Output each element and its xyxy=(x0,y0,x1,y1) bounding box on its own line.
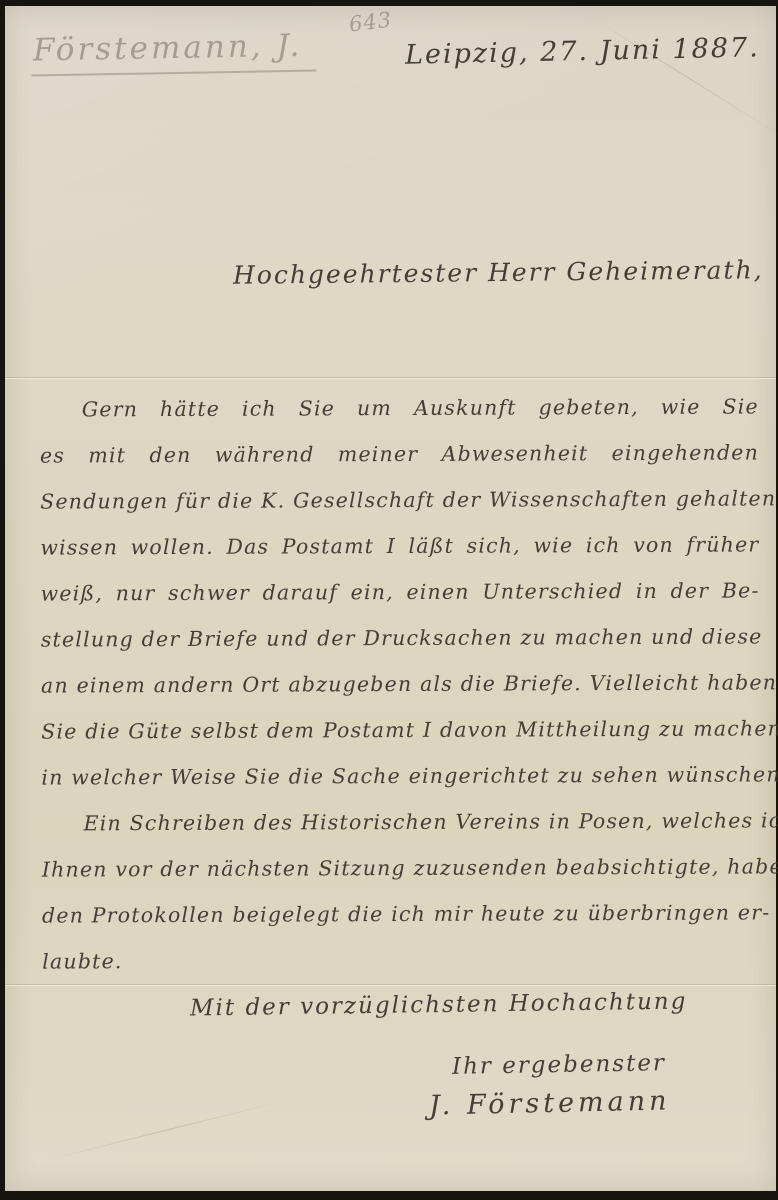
letter-line: Ein Schreiben des Historischen Vereins i… xyxy=(42,797,761,846)
letter-line: Sendungen für die K. Gesellschaft der Wi… xyxy=(40,475,759,524)
letter-line: Sie die Güte selbst dem Postamt I davon … xyxy=(41,705,760,754)
salutation: Hochgeehrtester Herr Geheimerath, xyxy=(233,255,764,290)
letter-body: Gern hätte ich Sie um Auskunft gebeten, … xyxy=(40,383,762,984)
fold-crease-lower xyxy=(5,984,776,986)
valediction: Ihr ergebenster xyxy=(452,1050,666,1080)
dateline: Leipzig, 27. Juni 1887. xyxy=(405,32,760,70)
letter-line: stellung der Briefe und der Drucksachen … xyxy=(41,613,760,662)
letter-line: weiß, nur schwer darauf ein, einen Unter… xyxy=(41,567,760,616)
letter-line: wissen wollen. Das Postamt I läßt sich, … xyxy=(40,521,759,570)
signature: J. Förstemann xyxy=(429,1085,671,1121)
letter-line: den Protokollen beigelegt die ich mir he… xyxy=(42,889,761,938)
corner-crease-bottom-left xyxy=(39,1099,292,1163)
letter-line: Ihnen vor der nächsten Sitzung zuzusende… xyxy=(42,843,761,892)
letter-line: es mit den während meiner Abwesenheit ei… xyxy=(40,429,759,478)
letter-page: Förstemann, J. 643 Leipzig, 27. Juni 188… xyxy=(5,6,776,1191)
scanned-letter: Förstemann, J. 643 Leipzig, 27. Juni 188… xyxy=(0,0,778,1200)
archival-name-annotation: Förstemann, J. xyxy=(31,28,317,77)
fold-crease-upper xyxy=(5,377,776,379)
closing-formula: Mit der vorzüglichsten Hochachtung xyxy=(190,989,688,1022)
letter-line: laubte. xyxy=(42,935,761,984)
letter-line: Gern hätte ich Sie um Auskunft gebeten, … xyxy=(40,383,759,432)
archival-number-annotation: 643 xyxy=(348,7,394,36)
letter-line: in welcher Weise Sie die Sache eingerich… xyxy=(41,751,760,800)
letter-line: an einem andern Ort abzugeben als die Br… xyxy=(41,659,760,708)
